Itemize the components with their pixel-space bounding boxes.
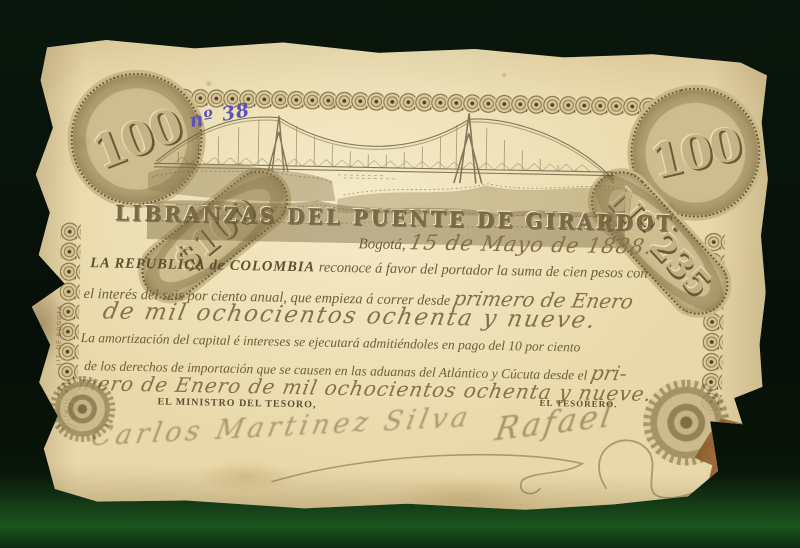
date-line: Bogotá, 15 de Mayo de 1888. bbox=[358, 229, 652, 259]
bond-certificate: 100 100 $100 Nº 235 bbox=[24, 33, 771, 519]
date-handwritten: 15 de Mayo de 1888. bbox=[407, 230, 654, 259]
place-label: Bogotá, bbox=[358, 236, 405, 253]
signature-flourish-left bbox=[264, 435, 595, 511]
body-line-1-text: reconoce á favor del portador la suma de… bbox=[315, 259, 648, 281]
printer-credit: LIT. DE BOGOTA bbox=[56, 305, 63, 366]
photo-background: 100 100 $100 Nº 235 bbox=[0, 0, 800, 548]
minister-office-label: EL MINISTRO DEL TESORO, bbox=[157, 396, 316, 410]
embossed-seal-right bbox=[642, 379, 730, 467]
denomination-right-value: 100 bbox=[646, 116, 746, 189]
issuer-name: LA REPUBLICA de COLOMBIA bbox=[90, 255, 315, 275]
